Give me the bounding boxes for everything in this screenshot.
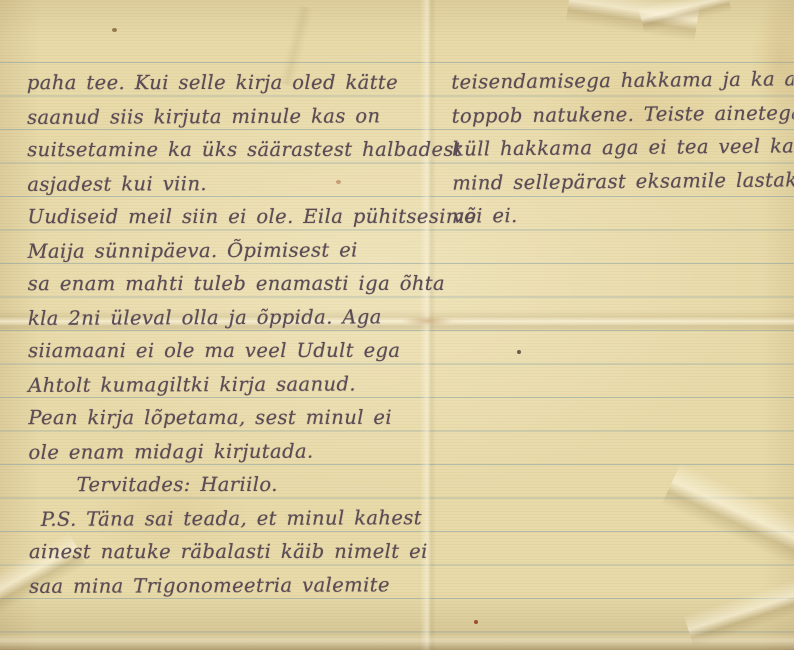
text-line: saanud siis kirjuta minule kas on: [27, 99, 439, 134]
text-line: Uudiseid meil siin ei ole. Eila pühitses…: [27, 200, 439, 234]
text-line: Maija sünnipäeva. Õpimisest ei: [28, 233, 440, 268]
ink-speck: [112, 28, 117, 32]
text-line: ole enam midagi kirjutada.: [28, 434, 440, 469]
text-line: Pean kirja lõpetama, sest minul ei: [28, 401, 440, 435]
text-line: kla 2ni üleval olla ja õppida. Aga: [28, 300, 440, 335]
text-line: mind sellepärast eksamile lastakse: [452, 163, 794, 200]
ink-speck: [517, 350, 521, 354]
right-text-column: teisendamisega hakkama ja ka algebra top…: [451, 62, 794, 233]
text-line: küll hakkama aga ei tea veel kas: [452, 129, 794, 166]
signature-line: Tervitades: Hariilo.: [29, 468, 441, 502]
text-line: siiamaani ei ole ma veel Udult ega: [28, 334, 440, 368]
text-line: Ahtolt kumagiltki kirja saanud.: [28, 367, 440, 402]
ink-speck: [474, 620, 478, 624]
text-line: suitsetamine ka üks säärastest halbadest: [27, 133, 439, 167]
postscript-line: P.S. Täna sai teada, et minul kahest: [29, 501, 441, 536]
text-line: või ei.: [452, 196, 794, 233]
letter-scan: paha tee. Kui selle kirja oled kätte saa…: [0, 0, 794, 650]
text-line: sa enam mahti tuleb enamasti iga õhta: [28, 267, 440, 301]
crumple-crease: [662, 462, 794, 571]
text-line: paha tee. Kui selle kirja oled kätte: [27, 66, 439, 100]
text-line: asjadest kui viin.: [27, 166, 439, 201]
text-line: teisendamisega hakkama ja ka algebra: [451, 62, 793, 99]
text-line: saa mina Trigonomeetria valemite: [29, 568, 441, 603]
text-line: toppob natukene. Teiste ainetega saan: [452, 96, 794, 133]
text-line: ainest natuke räbalasti käib nimelt ei: [29, 535, 441, 569]
bottom-edge-shadow: [0, 634, 794, 650]
left-text-column: paha tee. Kui selle kirja oled kätte saa…: [27, 65, 441, 603]
